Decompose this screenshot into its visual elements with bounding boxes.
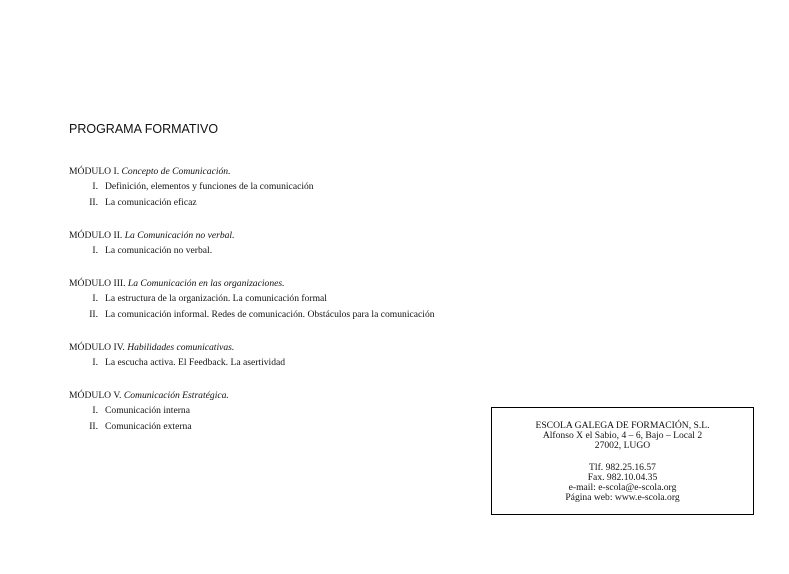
company-city: 27002, LUGO <box>492 441 753 451</box>
module-items: I. Comunicación interna II. Comunicación… <box>69 405 489 437</box>
module: MÓDULO I. Concepto de Comunicación. I. D… <box>69 166 489 213</box>
module-topic: Concepto de Comunicación. <box>122 166 231 177</box>
item-text: La comunicación eficaz <box>105 197 197 209</box>
item-text: La comunicación informal. Redes de comun… <box>105 309 435 321</box>
module-label: MÓDULO I. <box>69 166 119 177</box>
module-label: MÓDULO IV. <box>69 342 125 353</box>
module-label: MÓDULO II. <box>69 230 122 241</box>
item-text: La escucha activa. El Feedback. La asert… <box>105 357 285 369</box>
module-label: MÓDULO V. <box>69 390 121 401</box>
item-number: II. <box>78 421 98 433</box>
list-item: II. La comunicación informal. Redes de c… <box>69 309 489 325</box>
item-number: I. <box>78 405 98 417</box>
module: MÓDULO III. La Comunicación en las organ… <box>69 278 489 325</box>
module-heading: MÓDULO I. Concepto de Comunicación. <box>69 166 489 178</box>
module-heading: MÓDULO V. Comunicación Estratégica. <box>69 390 489 402</box>
module-items: I. La estructura de la organización. La … <box>69 293 489 325</box>
item-number: I. <box>78 293 98 305</box>
item-text: Definición, elementos y funciones de la … <box>105 181 314 193</box>
module-topic: Habilidades comunicativas. <box>127 342 234 353</box>
module-topic: Comunicación Estratégica. <box>124 390 229 401</box>
list-item: I. La escucha activa. El Feedback. La as… <box>69 357 489 373</box>
module-heading: MÓDULO IV. Habilidades comunicativas. <box>69 342 489 354</box>
module-topic: La Comunicación no verbal. <box>125 230 235 241</box>
module-label: MÓDULO III. <box>69 278 126 289</box>
module-heading: MÓDULO II. La Comunicación no verbal. <box>69 230 489 242</box>
item-number: I. <box>78 245 98 257</box>
contact-address-block: ESCOLA GALEGA DE FORMACIÓN, S.L. Alfonso… <box>492 421 753 451</box>
item-text: La comunicación no verbal. <box>105 245 212 257</box>
module-items: I. Definición, elementos y funciones de … <box>69 181 489 213</box>
module-list: MÓDULO I. Concepto de Comunicación. I. D… <box>69 166 489 454</box>
module-topic: La Comunicación en las organizaciones. <box>128 278 285 289</box>
list-item: I. La estructura de la organización. La … <box>69 293 489 309</box>
list-item: I. La comunicación no verbal. <box>69 245 489 261</box>
item-text: Comunicación interna <box>105 405 190 417</box>
item-number: II. <box>78 197 98 209</box>
contact-box: ESCOLA GALEGA DE FORMACIÓN, S.L. Alfonso… <box>491 407 754 515</box>
module-heading: MÓDULO III. La Comunicación en las organ… <box>69 278 489 290</box>
module-items: I. La escucha activa. El Feedback. La as… <box>69 357 489 373</box>
item-text: Comunicación externa <box>105 421 192 433</box>
item-number: I. <box>78 357 98 369</box>
module: MÓDULO V. Comunicación Estratégica. I. C… <box>69 390 489 437</box>
module: MÓDULO IV. Habilidades comunicativas. I.… <box>69 342 489 373</box>
list-item: II. Comunicación externa <box>69 421 489 437</box>
item-number: II. <box>78 309 98 321</box>
module-items: I. La comunicación no verbal. <box>69 245 489 261</box>
item-text: La estructura de la organización. La com… <box>105 293 327 305</box>
list-item: I. Comunicación interna <box>69 405 489 421</box>
page-title: PROGRAMA FORMATIVO <box>69 122 218 136</box>
module: MÓDULO II. La Comunicación no verbal. I.… <box>69 230 489 261</box>
item-number: I. <box>78 181 98 193</box>
list-item: I. Definición, elementos y funciones de … <box>69 181 489 197</box>
website-link[interactable]: Página web: www.e-scola.org <box>492 493 753 503</box>
list-item: II. La comunicación eficaz <box>69 197 489 213</box>
contact-details-block: Tlf. 982.25.16.57 Fax. 982.10.04.35 e-ma… <box>492 463 753 503</box>
